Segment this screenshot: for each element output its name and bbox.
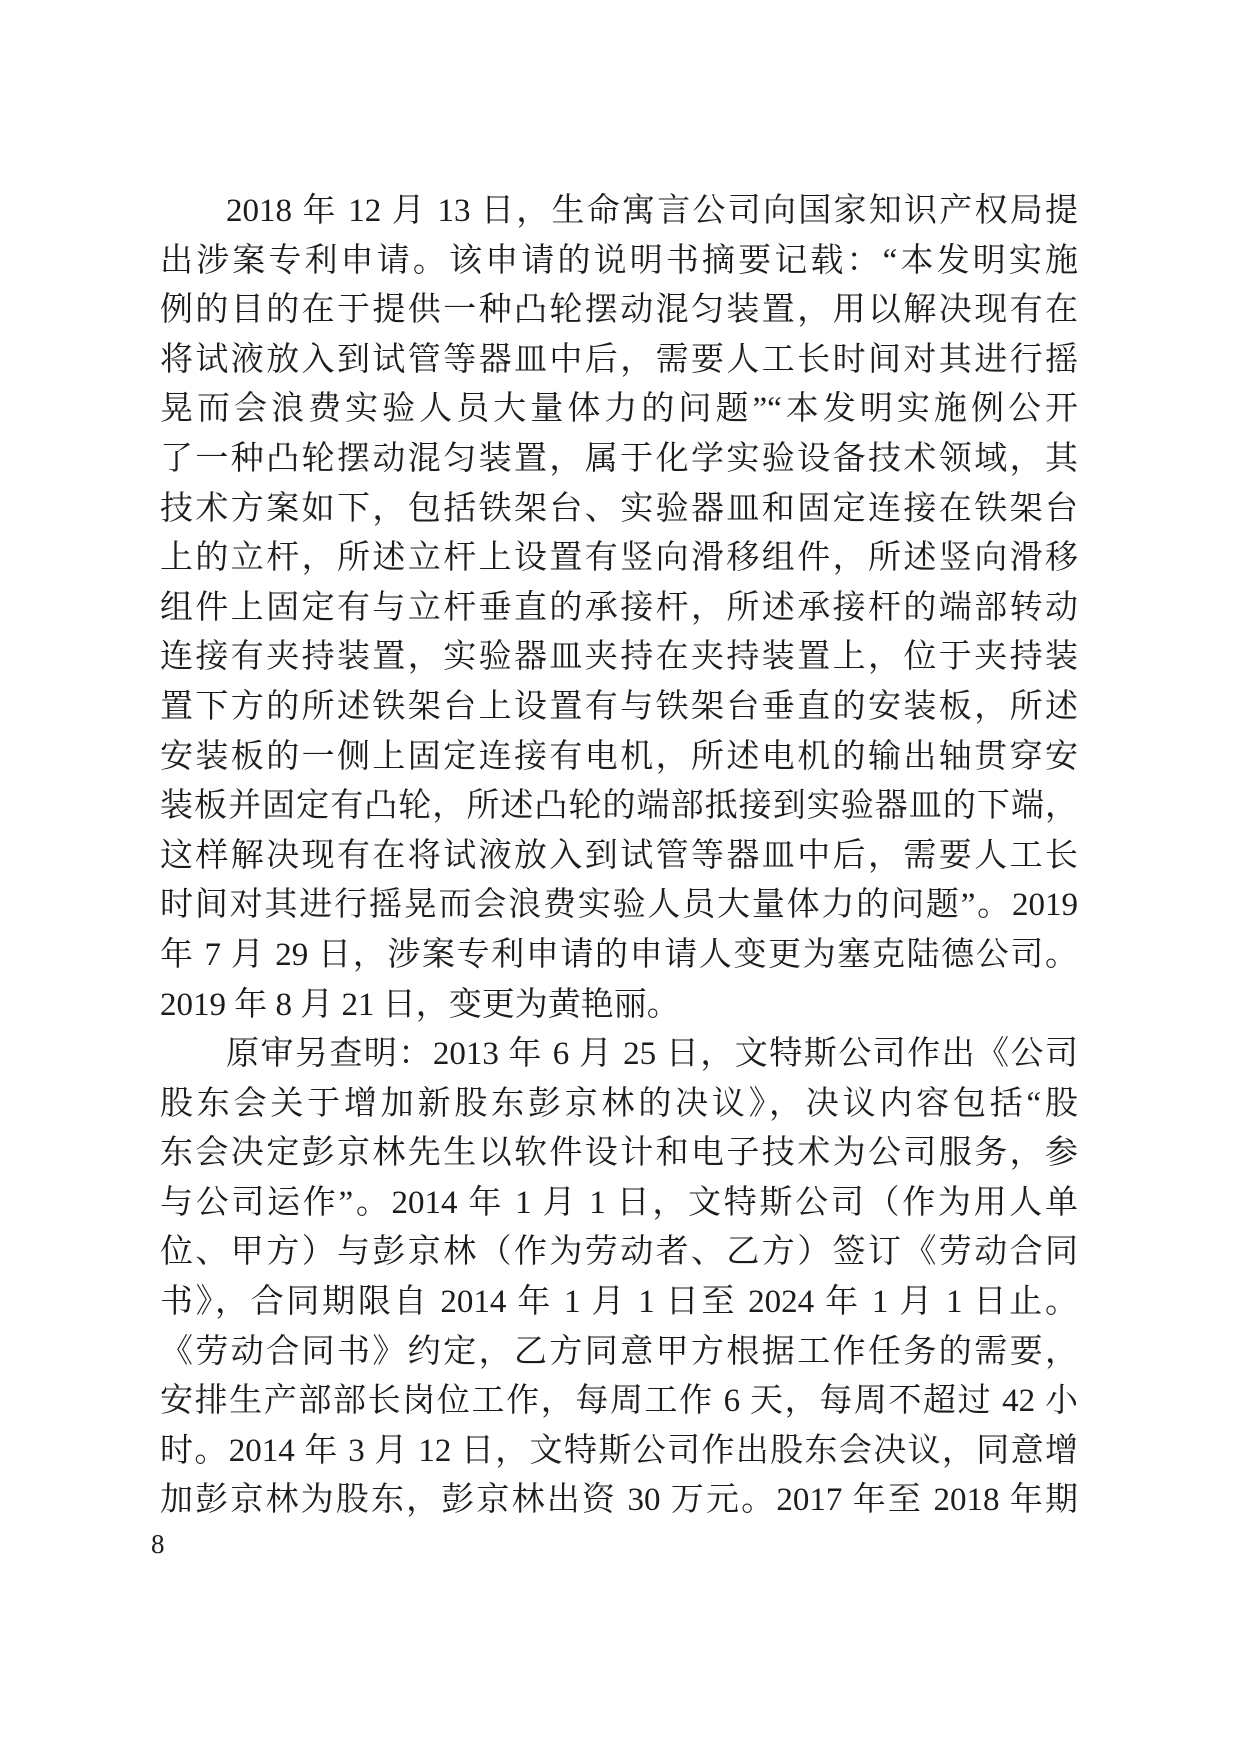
text-line: 时。2014 年 3 月 12 日，文特斯公司作出股东会决议，同意增	[160, 1427, 1078, 1477]
text-line: 安排生产部部长岗位工作，每周工作 6 天，每周不超过 42 小	[160, 1377, 1078, 1427]
page-number: 8	[151, 1528, 165, 1560]
text-line: 技术方案如下，包括铁架台、实验器皿和固定连接在铁架台	[160, 485, 1078, 535]
text-line: 与公司运作”。2014 年 1 月 1 日，文特斯公司（作为用人单	[160, 1179, 1078, 1229]
text-line: 加彭京林为股东，彭京林出资 30 万元。2017 年至 2018 年期	[160, 1476, 1078, 1526]
text-line: 东会决定彭京林先生以软件设计和电子技术为公司服务，参	[160, 1129, 1078, 1179]
text-line: 位、甲方）与彭京林（作为劳动者、乙方）签订《劳动合同	[160, 1228, 1078, 1278]
text-line: 装板并固定有凸轮，所述凸轮的端部抵接到实验器皿的下端，	[160, 782, 1078, 832]
text-line: 例的目的在于提供一种凸轮摆动混匀装置，用以解决现有在	[160, 286, 1078, 336]
text-line: 《劳动合同书》约定，乙方同意甲方根据工作任务的需要，	[160, 1328, 1078, 1378]
text-line: 连接有夹持装置，实验器皿夹持在夹持装置上，位于夹持装	[160, 633, 1078, 683]
text-line: 出涉案专利申请。该申请的说明书摘要记载：“本发明实施	[160, 237, 1078, 287]
text-line: 时间对其进行摇晃而会浪费实验人员大量体力的问题”。2019	[160, 881, 1078, 931]
text-line: 了一种凸轮摆动混匀装置，属于化学实验设备技术领域，其	[160, 435, 1078, 485]
text-line: 2018 年 12 月 13 日，生命寓言公司向国家知识产权局提	[160, 187, 1078, 237]
text-line: 安装板的一侧上固定连接有电机，所述电机的输出轴贯穿安	[160, 733, 1078, 783]
text-line: 置下方的所述铁架台上设置有与铁架台垂直的安装板，所述	[160, 683, 1078, 733]
text-line: 年 7 月 29 日，涉案专利申请的申请人变更为塞克陆德公司。	[160, 931, 1078, 981]
text-line: 原审另查明：2013 年 6 月 25 日，文特斯公司作出《公司	[160, 1030, 1078, 1080]
text-line: 将试液放入到试管等器皿中后，需要人工长时间对其进行摇	[160, 336, 1078, 386]
text-line: 上的立杆，所述立杆上设置有竖向滑移组件，所述竖向滑移	[160, 534, 1078, 584]
text-line: 这样解决现有在将试液放入到试管等器皿中后，需要人工长	[160, 832, 1078, 882]
text-line: 2019 年 8 月 21 日，变更为黄艳丽。	[160, 981, 1078, 1031]
text-line: 书》，合同期限自 2014 年 1 月 1 日至 2024 年 1 月 1 日止…	[160, 1278, 1078, 1328]
text-block: 2018 年 12 月 13 日，生命寓言公司向国家知识产权局提出涉案专利申请。…	[160, 187, 1078, 1526]
text-line: 组件上固定有与立杆垂直的承接杆，所述承接杆的端部转动	[160, 584, 1078, 634]
text-line: 晃而会浪费实验人员大量体力的问题”“本发明实施例公开	[160, 385, 1078, 435]
text-line: 股东会关于增加新股东彭京林的决议》，决议内容包括“股	[160, 1080, 1078, 1130]
document-page: 2018 年 12 月 13 日，生命寓言公司向国家知识产权局提出涉案专利申请。…	[0, 0, 1240, 1754]
